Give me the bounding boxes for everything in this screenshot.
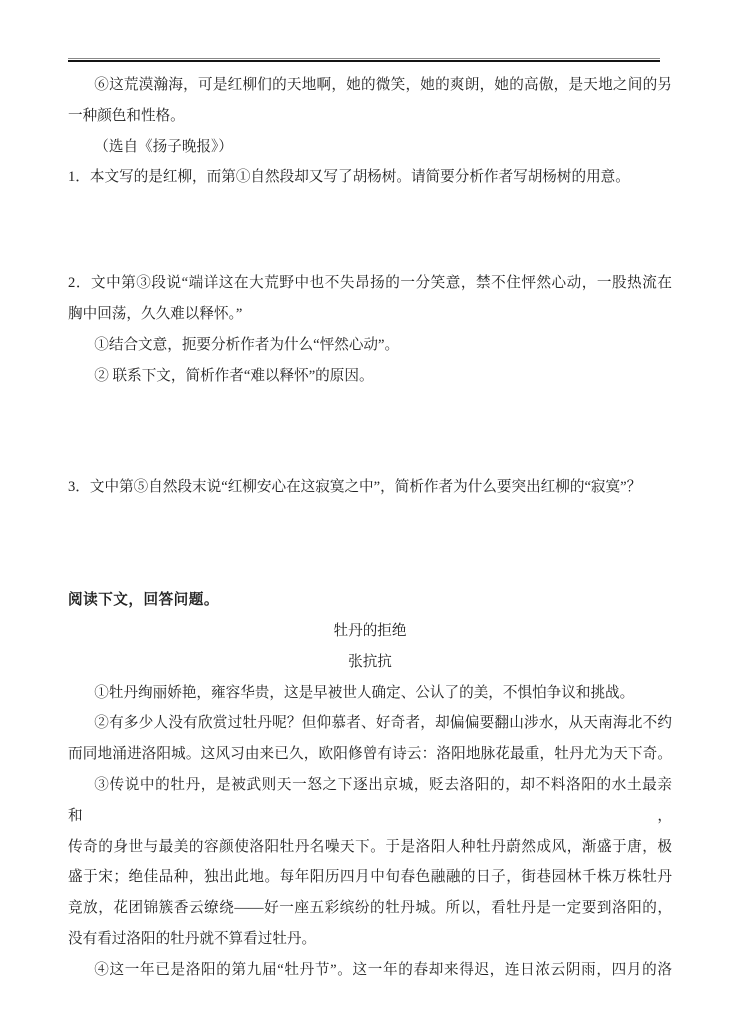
paragraph-line: 而同地涌进洛阳城。这风习由来已久，欧阳修曾有诗云：洛阳地脉花最重，牡丹尤为天下奇… [68, 739, 672, 770]
question-2-sub-2: ② 联系下文，简析作者“难以释怀”的原因。 [68, 361, 672, 392]
essay-paragraph-3: ③传说中的牡丹，是被武则天一怒之下逐出京城，贬去洛阳的，却不料洛阳的水土最亲和，… [68, 770, 672, 955]
paragraph-line: 传奇的身世与最美的容颜使洛阳牡丹名噪天下。于是洛阳人种牡丹蔚然成风，渐盛于唐，极 [68, 832, 672, 863]
paragraph-line: 竞放，花团锦簇香云缭绕——好一座五彩缤纷的牡丹城。所以，看牡丹是一定要到洛阳的， [68, 893, 672, 924]
essay-title: 牡丹的拒绝 [68, 616, 672, 647]
page-divider-rule [68, 58, 660, 62]
essay-paragraph-2: ②有多少人没有欣赏过牡丹呢？但仰慕者、好奇者，却偏偏要翻山涉水，从天南海北不约 … [68, 708, 672, 770]
reading-instruction: 阅读下文，回答问题。 [68, 585, 672, 616]
paragraph-line: ③传说中的牡丹，是被武则天一怒之下逐出京城，贬去洛阳的，却不料洛阳的水土最亲和， [68, 770, 672, 832]
question-2-sub-1: ①结合文意，扼要分析作者为什么“怦然心动”。 [68, 330, 672, 361]
essay-paragraph-4: ④这一年已是洛阳的第九届“牡丹节”。这一年的春却来得迟，连日浓云阴雨，四月的洛 [68, 955, 672, 986]
paragraph-line: ②有多少人没有欣赏过牡丹呢？但仰慕者、好奇者，却偏偏要翻山涉水，从天南海北不约 [68, 708, 672, 739]
paragraph-line: 没有看过洛阳的牡丹就不算看过牡丹。 [68, 924, 672, 955]
document-content: ⑥这荒漠瀚海，可是红柳们的天地啊，她的微笑，她的爽朗，她的高傲，是天地之间的另 … [68, 70, 672, 986]
essay-paragraph-1: ①牡丹绚丽娇艳，雍容华贵，这是早被世人确定、公认了的美，不惧怕争议和挑战。 [68, 678, 672, 709]
source-attribution: （选自《扬子晚报》） [68, 132, 672, 163]
question-2-line: 2．文中第③段说“端详这在大荒野中也不失昂扬的一分笑意，禁不住怦然心动，一股热流… [68, 268, 672, 299]
paragraph-line: 一种颜色和性格。 [68, 101, 672, 132]
paragraph-line: ⑥这荒漠瀚海，可是红柳们的天地啊，她的微笑，她的爽朗，她的高傲，是天地之间的另 [68, 70, 672, 101]
document-page: ⑥这荒漠瀚海，可是红柳们的天地啊，她的微笑，她的爽朗，她的高傲，是天地之间的另 … [0, 0, 730, 1024]
question-3: 3．文中第⑤自然段末说“红柳安心在这寂寞之中”，简析作者为什么要突出红柳的“寂寞… [68, 472, 672, 503]
question-1: 1．本文写的是红柳，而第①自然段却又写了胡杨树。请简要分析作者写胡杨树的用意。 [68, 162, 672, 193]
paragraph-red-willow-ending: ⑥这荒漠瀚海，可是红柳们的天地啊，她的微笑，她的爽朗，她的高傲，是天地之间的另 … [68, 70, 672, 132]
paragraph-line: ①牡丹绚丽娇艳，雍容华贵，这是早被世人确定、公认了的美，不惧怕争议和挑战。 [68, 678, 672, 709]
paragraph-line: ④这一年已是洛阳的第九届“牡丹节”。这一年的春却来得迟，连日浓云阴雨，四月的洛 [68, 955, 672, 986]
question-2-block: 2．文中第③段说“端详这在大荒野中也不失昂扬的一分笑意，禁不住怦然心动，一股热流… [68, 268, 672, 391]
paragraph-line: 盛于宋；绝佳品种，独出此地。每年阳历四月中旬春色融融的日子，街巷园林千株万株牡丹 [68, 862, 672, 893]
question-2-line: 胸中回荡，久久难以释怀。” [68, 299, 672, 330]
essay-author: 张抗抗 [68, 647, 672, 678]
